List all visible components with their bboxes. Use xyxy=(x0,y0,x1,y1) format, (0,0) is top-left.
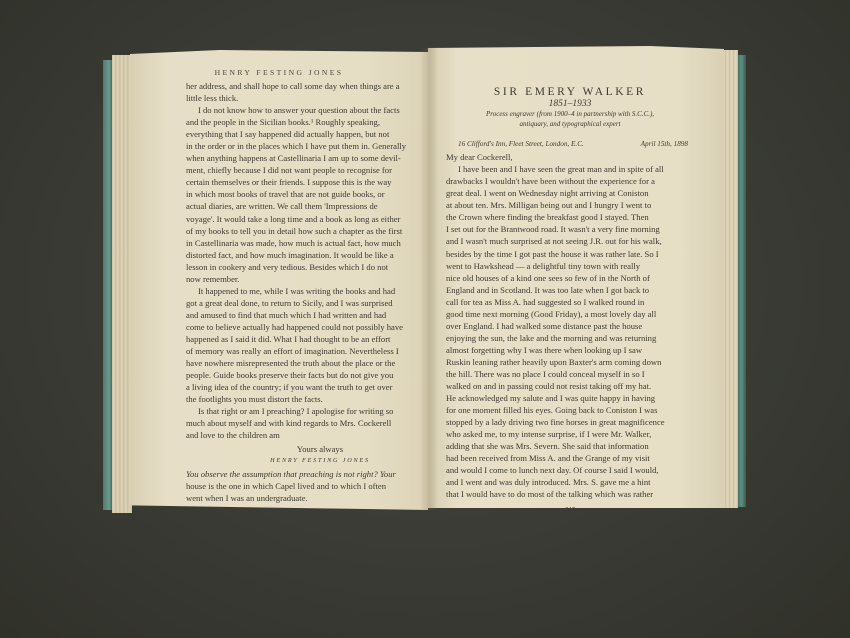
postscript-line: You observe the assumption that preachin… xyxy=(186,468,414,480)
text-line: almost forgetting why I was there when l… xyxy=(446,344,694,356)
text-line: for one moment filled his eyes. Going ba… xyxy=(446,404,694,416)
book-cover-right-edge xyxy=(737,55,746,507)
text-line: in the order or in the places which I ha… xyxy=(186,140,414,152)
text-line: and I wasn't much surprised at not seein… xyxy=(446,235,694,247)
text-line: went to Hawkshead — a delightful tiny to… xyxy=(446,260,694,272)
salutation: My dear Cockerell, xyxy=(446,151,694,163)
text-line: of my books to tell you in detail how su… xyxy=(186,225,414,237)
text-line: in which most books of travel that are n… xyxy=(186,188,414,200)
text-line: distorted fact, and how much imagination… xyxy=(186,249,414,261)
text-line: I have been and I have seen the great ma… xyxy=(446,163,694,175)
text-line: good time next morning (Good Friday), a … xyxy=(446,308,694,320)
text-line: the Crown where finding the breakfast go… xyxy=(446,211,694,223)
text-line: and love to the children am xyxy=(186,429,414,441)
text-line: people. Guide books preserve their facts… xyxy=(186,369,414,381)
book-gutter xyxy=(420,48,438,510)
text-line: Ruskin leaning rather heavily upon Baxte… xyxy=(446,356,694,368)
text-line: her address, and shall hope to call some… xyxy=(186,80,414,92)
text-line: little less thick. xyxy=(186,92,414,104)
text-line: ment, chiefly because I did not want peo… xyxy=(186,164,414,176)
right-page-body: SIR EMERY WALKER 1851–1933 Process engra… xyxy=(446,86,694,516)
text-line: It happened to me, while I was writing t… xyxy=(186,285,414,297)
life-dates: 1851–1933 xyxy=(446,98,694,110)
page-stack-right xyxy=(722,50,738,508)
text-line: enjoying the sun, the lake and the morni… xyxy=(446,332,694,344)
text-line: the footlights you must distort the fact… xyxy=(186,393,414,405)
text-line: certain themselves or their friends. I s… xyxy=(186,176,414,188)
running-head: HENRY FESTING JONES xyxy=(130,68,428,77)
text-line: over England. I had walked some distance… xyxy=(446,320,694,332)
postscript-line: house is the one in which Capel lived an… xyxy=(186,480,414,492)
text-line: and the people in the Sicilian books.¹ R… xyxy=(186,116,414,128)
right-page: SIR EMERY WALKER 1851–1933 Process engra… xyxy=(428,46,724,508)
text-line: walked on and in passing could not resis… xyxy=(446,380,694,392)
text-line: when anything happens at Castellinaria I… xyxy=(186,152,414,164)
text-line: actual diaries, are written. We call the… xyxy=(186,200,414,212)
text-line: adding that she was Mrs. Severn. She sai… xyxy=(446,440,694,452)
text-line: besides by the time I got past the house… xyxy=(446,248,694,260)
subtitle-line: Process engraver (from 1900–4 in partner… xyxy=(446,110,694,120)
text-line: of memory was really an effort of imagin… xyxy=(186,345,414,357)
text-line: nice old houses of a kind one sees so fe… xyxy=(446,272,694,284)
text-line: a living idea of the country; if you wan… xyxy=(186,381,414,393)
text-line: come to believe actually had happened co… xyxy=(186,321,414,333)
text-line: who asked me, to my intense surprise, if… xyxy=(446,428,694,440)
text-line: in Castellinaria was made, how much is a… xyxy=(186,237,414,249)
text-line: happened as I said it did. What I had th… xyxy=(186,333,414,345)
page-stack-left xyxy=(112,55,132,513)
text-line: England and in Scotland. It was too late… xyxy=(446,284,694,296)
text-line: now remember. xyxy=(186,273,414,285)
left-page: HENRY FESTING JONES her address, and sha… xyxy=(130,50,428,510)
text-line: drawbacks I wouldn't have been without t… xyxy=(446,175,694,187)
chapter-title: SIR EMERY WALKER xyxy=(446,86,694,98)
text-line: great deal. I went on Wednesday night ar… xyxy=(446,187,694,199)
text-line: at about ten. Mrs. Milligan being out an… xyxy=(446,199,694,211)
text-line: got a great deal done, to return to Sici… xyxy=(186,297,414,309)
text-line: He acknowledged my salute and I was quit… xyxy=(446,392,694,404)
letter-heading: 16 Clifford's Inn, Fleet Street, London,… xyxy=(446,138,694,150)
letter-signature: HENRY FESTING JONES xyxy=(186,455,414,467)
text-line: much about myself and with kind regards … xyxy=(186,417,414,429)
text-line: had been received from Miss A. and the G… xyxy=(446,452,694,464)
text-line: and I went and was duly introduced. Mrs.… xyxy=(446,476,694,488)
text-line: everything that I say happened did actua… xyxy=(186,128,414,140)
letter-closing: Yours always xyxy=(186,443,414,455)
text-line: voyage'. It would take a long time and a… xyxy=(186,213,414,225)
text-line: have nowhere misrepresented the truth ab… xyxy=(186,357,414,369)
letter-date: April 15th, 1898 xyxy=(641,138,688,150)
text-line: and would I come to lunch next day. Of c… xyxy=(446,464,694,476)
text-line: lesson in cookery and very tedious. Besi… xyxy=(186,261,414,273)
text-line: I do not know how to answer your questio… xyxy=(186,104,414,116)
text-line: and amused to find that much which I had… xyxy=(186,309,414,321)
subtitle-line: antiquary, and typographical expert xyxy=(446,120,694,130)
letter-address: 16 Clifford's Inn, Fleet Street, London,… xyxy=(458,138,584,150)
text-line: call for tea as Miss A. had suggested so… xyxy=(446,296,694,308)
postscript-line: went when I was an undergraduate. xyxy=(186,492,414,504)
text-line: the hill. There was no place I could con… xyxy=(446,368,694,380)
text-line: stopped by a lady driving two fine horse… xyxy=(446,416,694,428)
text-line: Is that right or am I preaching? I apolo… xyxy=(186,405,414,417)
text-line: I set out for the Brantwood road. It was… xyxy=(446,223,694,235)
left-page-body: her address, and shall hope to call some… xyxy=(186,80,414,531)
text-line: that I would have to do most of the talk… xyxy=(446,488,694,500)
